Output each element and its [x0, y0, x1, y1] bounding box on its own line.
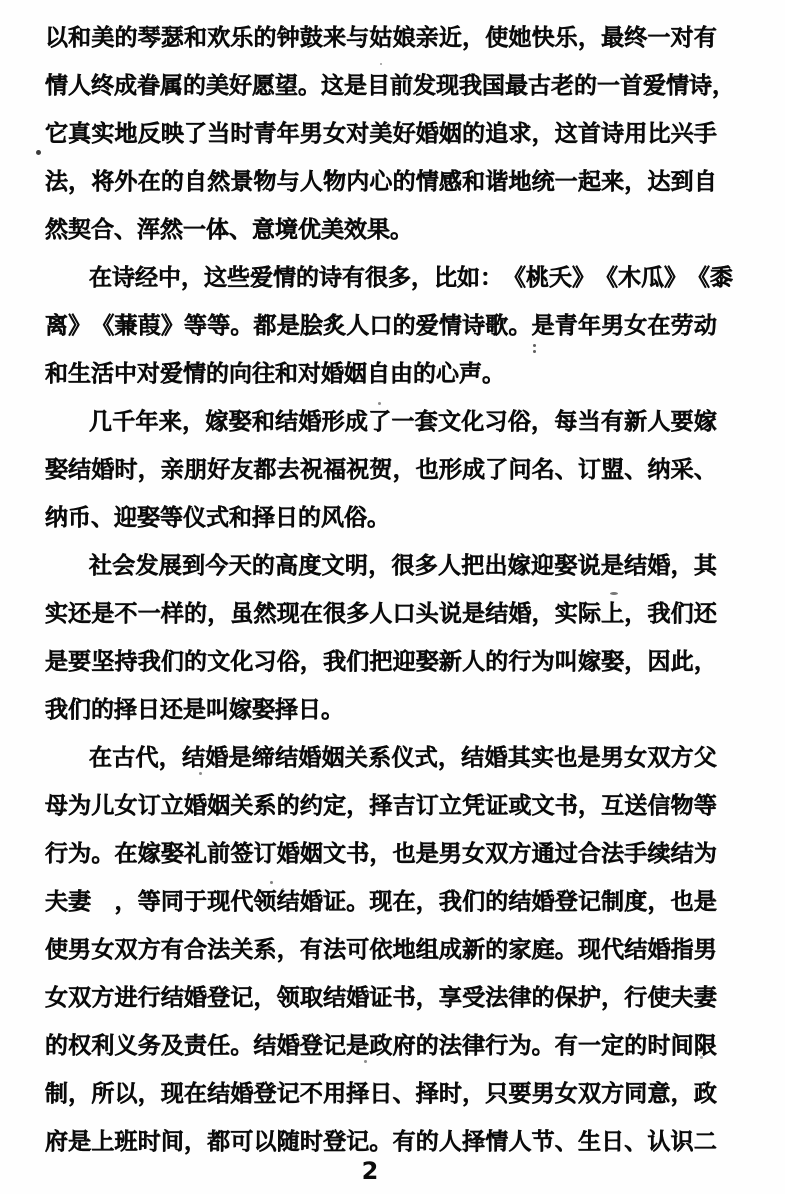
text-line: 离》《蒹葭》等等。都是脍炙人口的爱情诗歌。是青年男女在劳动 [45, 299, 717, 347]
text-char: 把 [369, 643, 392, 676]
text-char: 择 [416, 1075, 439, 1108]
text-char: 生 [578, 1123, 601, 1156]
text-char: 婚 [300, 883, 323, 916]
scan-artifact [378, 402, 381, 405]
text-char: ， [671, 547, 694, 580]
text-char: 班 [115, 1123, 138, 1156]
text-char: 娶 [45, 451, 68, 484]
text-line: 府是上班时间，都可以随时登记。有的人择情人节、生日、认识二 [45, 1115, 717, 1163]
text-char: 婚 [184, 787, 207, 820]
text-char: 把 [461, 547, 484, 580]
text-line: 行为。在嫁娶礼前签订婚姻文书，也是男女双方通过合法手续结为 [45, 827, 717, 875]
text-char: 、 [624, 451, 647, 484]
text-char: 比 [647, 115, 670, 148]
text-char: 义 [115, 1027, 138, 1060]
text-char: 景 [230, 163, 253, 196]
document-page: 以和美的琴瑟和欢乐的钟鼓来与姑娘亲近，使她快乐，最终一对有情人终成眷属的美好愿望… [0, 0, 785, 1194]
text-char: 好 [207, 451, 230, 484]
text-char: 送 [624, 787, 647, 820]
text-char: 人 [439, 1123, 462, 1156]
text-char: 实 [91, 115, 114, 148]
text-char: 双 [647, 739, 670, 772]
text-char: 的 [485, 883, 508, 916]
text-char: 代 [136, 739, 159, 772]
text-char: 形 [322, 403, 345, 436]
scan-artifact [380, 63, 382, 65]
text-char: 人 [438, 547, 461, 580]
text-char: 情 [273, 259, 296, 292]
text-char: 们 [346, 643, 369, 676]
text-char: ， [438, 739, 461, 772]
text-char: 前 [390, 67, 413, 100]
text-char: 有 [342, 259, 365, 292]
text-char: 都 [254, 307, 277, 340]
text-char: 很 [365, 259, 388, 292]
text-char: 的 [416, 1123, 439, 1156]
text-char: 是 [462, 595, 485, 628]
text-char: 古 [112, 739, 135, 772]
text-char: 展 [159, 547, 182, 580]
text-char: 现 [207, 883, 230, 916]
text-char: 双 [68, 979, 91, 1012]
text-char: 使 [45, 931, 68, 964]
text-char: 随 [277, 1123, 300, 1156]
text-char: 认 [647, 1123, 670, 1156]
text-char: 男 [532, 1075, 555, 1108]
text-char: 俗 [508, 403, 531, 436]
text-char: 兴 [671, 115, 694, 148]
text-char: 姻 [439, 115, 462, 148]
text-char: 现 [578, 931, 601, 964]
text-char: 起 [578, 163, 601, 196]
text-char: 婚 [346, 979, 369, 1012]
text-char: 择 [462, 1123, 485, 1156]
text-char: 将 [91, 163, 114, 196]
text-char: 法 [601, 835, 624, 868]
text-char: 发 [413, 67, 436, 100]
text-char: 也 [671, 883, 694, 916]
text-char: 爱 [643, 67, 666, 100]
text-char: ， [369, 835, 392, 868]
text-char: 瑟 [161, 19, 184, 52]
text-char: 文 [322, 547, 345, 580]
text-char: 钟 [277, 19, 300, 52]
text-line: 制，所以，现在结婚登记不用择日、择时，只要男女双方同意，政 [45, 1067, 717, 1115]
text-char: 女 [624, 739, 647, 772]
text-char: 多 [415, 547, 438, 580]
text-char: 妻 [694, 979, 717, 1012]
text-char: 真 [68, 115, 91, 148]
text-char: 也 [393, 835, 416, 868]
text-char: 一 [138, 595, 161, 628]
text-char: 祝 [346, 451, 369, 484]
text-char: 仪 [391, 739, 414, 772]
text-char: 乐 [230, 19, 253, 52]
text-char: 样 [161, 595, 184, 628]
text-char: 首 [578, 115, 601, 148]
text-char: ， [532, 595, 555, 628]
text-char: 因 [647, 643, 670, 676]
text-char: ， [712, 67, 735, 100]
text-char: 关 [230, 931, 253, 964]
text-char [91, 883, 114, 916]
text-char: 嫁 [694, 403, 717, 436]
text-char: 是 [694, 883, 717, 916]
text-char: 纳 [647, 451, 670, 484]
text-char: 的 [115, 19, 138, 52]
text-char: 间 [161, 1123, 184, 1156]
text-char: 领 [254, 883, 277, 916]
text-char: 它 [45, 115, 68, 148]
text-char: 行 [45, 835, 68, 868]
text-char: 定 [323, 787, 346, 820]
text-char: 在 [184, 1075, 207, 1108]
text-char: 物 [323, 163, 346, 196]
text-char: 好 [229, 67, 252, 100]
text-char: 外 [115, 163, 138, 196]
text-char: 好 [393, 115, 416, 148]
text-char: 爱 [416, 307, 439, 340]
text-char: 多 [346, 595, 369, 628]
text-char: 信 [647, 787, 670, 820]
text-char: 政 [369, 1027, 392, 1060]
text-char: 一 [597, 67, 620, 100]
text-char: 的 [184, 643, 207, 676]
text-char: 前 [207, 835, 230, 868]
text-char: 现 [277, 595, 300, 628]
text-char: 为 [68, 787, 91, 820]
text-char: 是 [229, 739, 252, 772]
text-char: ， [254, 979, 277, 1012]
text-char: ， [115, 883, 138, 916]
text-char: 男 [68, 931, 91, 964]
text-char: ， [300, 643, 323, 676]
text-char: 代 [230, 883, 253, 916]
text-char: 。 [346, 883, 369, 916]
text-char: 证 [369, 979, 392, 1012]
text-char: 订 [578, 451, 601, 484]
text-char: 我 [647, 595, 670, 628]
text-char: 结 [624, 547, 647, 580]
text-char: 的 [393, 163, 416, 196]
text-char: 终 [91, 67, 114, 100]
text-char: 当 [207, 115, 230, 148]
text-char: 不 [115, 595, 138, 628]
text-char: 限 [694, 1027, 717, 1060]
text-char: 登 [323, 1123, 346, 1156]
text-char: 有 [300, 931, 323, 964]
text-line: 的权利义务及责任。结婚登记是政府的法律行为。有一定的时间限 [45, 1019, 717, 1067]
text-char: 出 [485, 547, 508, 580]
text-char: 人 [369, 595, 392, 628]
text-char: ， [416, 979, 439, 1012]
text-char: 手 [694, 115, 717, 148]
text-char: 夭 [549, 259, 572, 292]
text-char: 古 [528, 67, 551, 100]
text-char: 行 [485, 1027, 508, 1060]
text-char: 在 [647, 307, 670, 340]
text-char: 情 [666, 67, 689, 100]
text-char: 现 [436, 67, 459, 100]
text-char: 证 [323, 883, 346, 916]
text-char: 是 [277, 307, 300, 340]
text-char: 意 [647, 1075, 670, 1108]
text-char: 结 [275, 739, 298, 772]
text-char: 达 [647, 163, 670, 196]
text-char: ， [671, 1075, 694, 1108]
text-char: 问 [508, 451, 531, 484]
scan-artifact [364, 1060, 367, 1063]
text-char: 使 [647, 979, 670, 1012]
text-char: 俗 [277, 643, 300, 676]
text-char: ， [578, 787, 601, 820]
text-char: ， [624, 595, 647, 628]
text-char: 续 [647, 835, 670, 868]
text-char: 等 [207, 307, 230, 340]
text-char: 受 [462, 979, 485, 1012]
text-char: 间 [671, 1027, 694, 1060]
text-char: 当 [578, 403, 601, 436]
text-char: 日 [601, 1123, 624, 1156]
text-char: 求 [508, 115, 531, 148]
text-char: 母 [45, 787, 68, 820]
text-char: 时 [115, 451, 138, 484]
text-char: 心 [369, 163, 392, 196]
text-char: 这 [555, 115, 578, 148]
text-char: ， [624, 163, 647, 196]
text-char: ， [138, 451, 161, 484]
text-char: 劳 [671, 307, 694, 340]
text-char: 与 [346, 19, 369, 52]
text-char: 结 [508, 883, 531, 916]
text-char: 和 [68, 19, 91, 52]
text-char: 关 [230, 787, 253, 820]
text-char: 系 [254, 787, 277, 820]
text-char: 明 [345, 547, 368, 580]
text-char: 合 [184, 931, 207, 964]
text-char: 《 [687, 259, 710, 292]
text-char: ， [411, 259, 434, 292]
text-char: 等 [138, 883, 161, 916]
scan-artifact [282, 888, 284, 890]
text-char: 记 [323, 1027, 346, 1060]
text-char: 嫁 [508, 547, 531, 580]
text-char: 习 [485, 403, 508, 436]
text-char: 同 [161, 883, 184, 916]
text-char: 在 [138, 163, 161, 196]
text-char: 代 [601, 931, 624, 964]
text-char: 是 [68, 1123, 91, 1156]
text-char: 节 [532, 1123, 555, 1156]
scan-artifact [533, 350, 536, 353]
text-char: 利 [91, 1027, 114, 1060]
text-char: 姻 [300, 835, 323, 868]
text-char: ， [462, 19, 485, 52]
text-char: 人 [346, 307, 369, 340]
text-char: 美 [369, 115, 392, 148]
text-char: 谐 [485, 163, 508, 196]
text-char: 乐 [555, 19, 578, 52]
text-char: 男 [439, 835, 462, 868]
text-char: 社 [89, 547, 112, 580]
text-char: 地 [393, 931, 416, 964]
text-char: 都 [207, 1123, 230, 1156]
text-char: 比 [434, 259, 457, 292]
text-char: 的 [393, 307, 416, 340]
text-char: 女 [45, 979, 68, 1012]
text-char: 成 [345, 403, 368, 436]
text-char: 和 [252, 403, 275, 436]
text-char: 签 [230, 835, 253, 868]
text-char: ， [624, 643, 647, 676]
page-number: 2 [320, 1157, 420, 1189]
text-char: 娘 [393, 19, 416, 52]
text-char: 系 [368, 739, 391, 772]
text-char: 亲 [416, 19, 439, 52]
text-char: 结 [254, 1027, 277, 1060]
text-char: 的 [45, 1027, 68, 1060]
text-char: 文 [532, 787, 555, 820]
text-char: 实 [531, 739, 554, 772]
text-char: 的 [296, 259, 319, 292]
text-char: 登 [254, 1075, 277, 1108]
text-char: 娶 [554, 547, 577, 580]
text-char: 务 [138, 1027, 161, 1060]
text-char: 最 [505, 67, 528, 100]
text-char: 眷 [137, 67, 160, 100]
text-char: 婚 [508, 595, 531, 628]
text-char: 结 [277, 883, 300, 916]
text-char: 名 [532, 451, 555, 484]
text-char: 记 [346, 1123, 369, 1156]
text-char: 的 [183, 67, 206, 100]
text-char: 是 [45, 643, 68, 676]
text-char: 如 [457, 259, 480, 292]
text-char: 订 [416, 787, 439, 820]
scan-artifact [270, 881, 273, 884]
text-char: 诗 [319, 259, 342, 292]
text-char: 物 [254, 163, 277, 196]
text-char: 《 [503, 259, 526, 292]
text-char: 诗 [112, 259, 135, 292]
text-char: 男 [601, 307, 624, 340]
text-char: 结 [207, 1075, 230, 1108]
text-char: 结 [461, 739, 484, 772]
text-char: 望 [275, 67, 298, 100]
text-char: ， [138, 1075, 161, 1108]
text-char: 婚 [485, 739, 508, 772]
text-char: ， [68, 163, 91, 196]
text-char: 际 [578, 595, 601, 628]
text-char: 姻 [322, 739, 345, 772]
text-char: 进 [115, 979, 138, 1012]
text-char: 亲 [161, 451, 184, 484]
text-char: 统 [532, 163, 555, 196]
scan-artifact [533, 344, 536, 347]
text-char: 政 [694, 1075, 717, 1108]
text-char: 律 [462, 1027, 485, 1060]
text-char: 情 [485, 1123, 508, 1156]
text-char: 多 [388, 259, 411, 292]
text-char: 都 [254, 451, 277, 484]
text-char: 组 [416, 931, 439, 964]
text-char: 桃 [526, 259, 549, 292]
text-char: 登 [555, 883, 578, 916]
text-char: 祝 [300, 451, 323, 484]
text-char: 终 [624, 19, 647, 52]
text-char: 夫 [671, 979, 694, 1012]
text-char: 婚 [647, 931, 670, 964]
scan-artifact [700, 1056, 703, 1059]
text-char: 儿 [91, 787, 114, 820]
text-char: 最 [601, 19, 624, 52]
text-char: 可 [346, 931, 369, 964]
text-char: 结 [161, 979, 184, 1012]
text-char: 朋 [184, 451, 207, 484]
text-char: 高 [275, 547, 298, 580]
text-line: 使男女双方有合法关系，有法可依地组成新的家庭。现代结婚指男 [45, 923, 717, 971]
text-char: 然 [254, 595, 277, 628]
text-char: 互 [601, 787, 624, 820]
text-char: 是 [344, 67, 367, 100]
text-char: 木 [618, 259, 641, 292]
text-char: 与 [277, 163, 300, 196]
text-char: 国 [482, 67, 505, 100]
text-char: 记 [230, 979, 253, 1012]
text-char: 年 [277, 115, 300, 148]
text-char: 和 [462, 163, 485, 196]
text-char: 府 [393, 1027, 416, 1060]
text-char: 的 [532, 979, 555, 1012]
text-char: 男 [300, 115, 323, 148]
text-line: 它真实地反映了当时青年男女对美好婚姻的追求，这首诗用比兴手 [45, 107, 717, 155]
text-char: ， [68, 1075, 91, 1108]
text-char: 妻 [68, 883, 91, 916]
text-char: 的 [485, 643, 508, 676]
text-char: 的 [624, 1027, 647, 1060]
text-char: 自 [184, 163, 207, 196]
text-char: 一 [578, 1027, 601, 1060]
text-char: 的 [462, 115, 485, 148]
text-char: 了 [368, 403, 391, 436]
text-char: ， [159, 739, 182, 772]
text-char: 来 [159, 403, 182, 436]
text-char: 娶 [416, 643, 439, 676]
text-char: ， [601, 979, 624, 1012]
text-line: 在古代，结婚是缔结婚姻关系仪式，结婚其实也是男女双方父 [45, 731, 717, 779]
text-char: 有 [161, 931, 184, 964]
text-char: 也 [554, 739, 577, 772]
text-char: 行 [624, 979, 647, 1012]
text-char: 我 [138, 643, 161, 676]
text-char: 婚 [277, 1027, 300, 1060]
text-char: 方 [508, 835, 531, 868]
text-char: 此 [671, 643, 694, 676]
text-char: 人 [508, 1123, 531, 1156]
text-char: 女 [624, 307, 647, 340]
text-line: 夫妻 ，等同于现代领结婚证。现在，我们的结婚登记制度，也是 [45, 875, 717, 923]
text-char: 、 [555, 1123, 578, 1156]
text-char: 诗 [601, 115, 624, 148]
text-char: 来 [323, 19, 346, 52]
text-char: 方 [138, 931, 161, 964]
text-line: 母为儿女订立婚姻关系的约定，择吉订立凭证或文书，互送信物等 [45, 779, 717, 827]
text-char: 会 [112, 547, 135, 580]
text-char: 娶 [601, 643, 624, 676]
text-char: 方 [91, 979, 114, 1012]
text-char: 方 [601, 1075, 624, 1108]
text-char: 法 [439, 1027, 462, 1060]
